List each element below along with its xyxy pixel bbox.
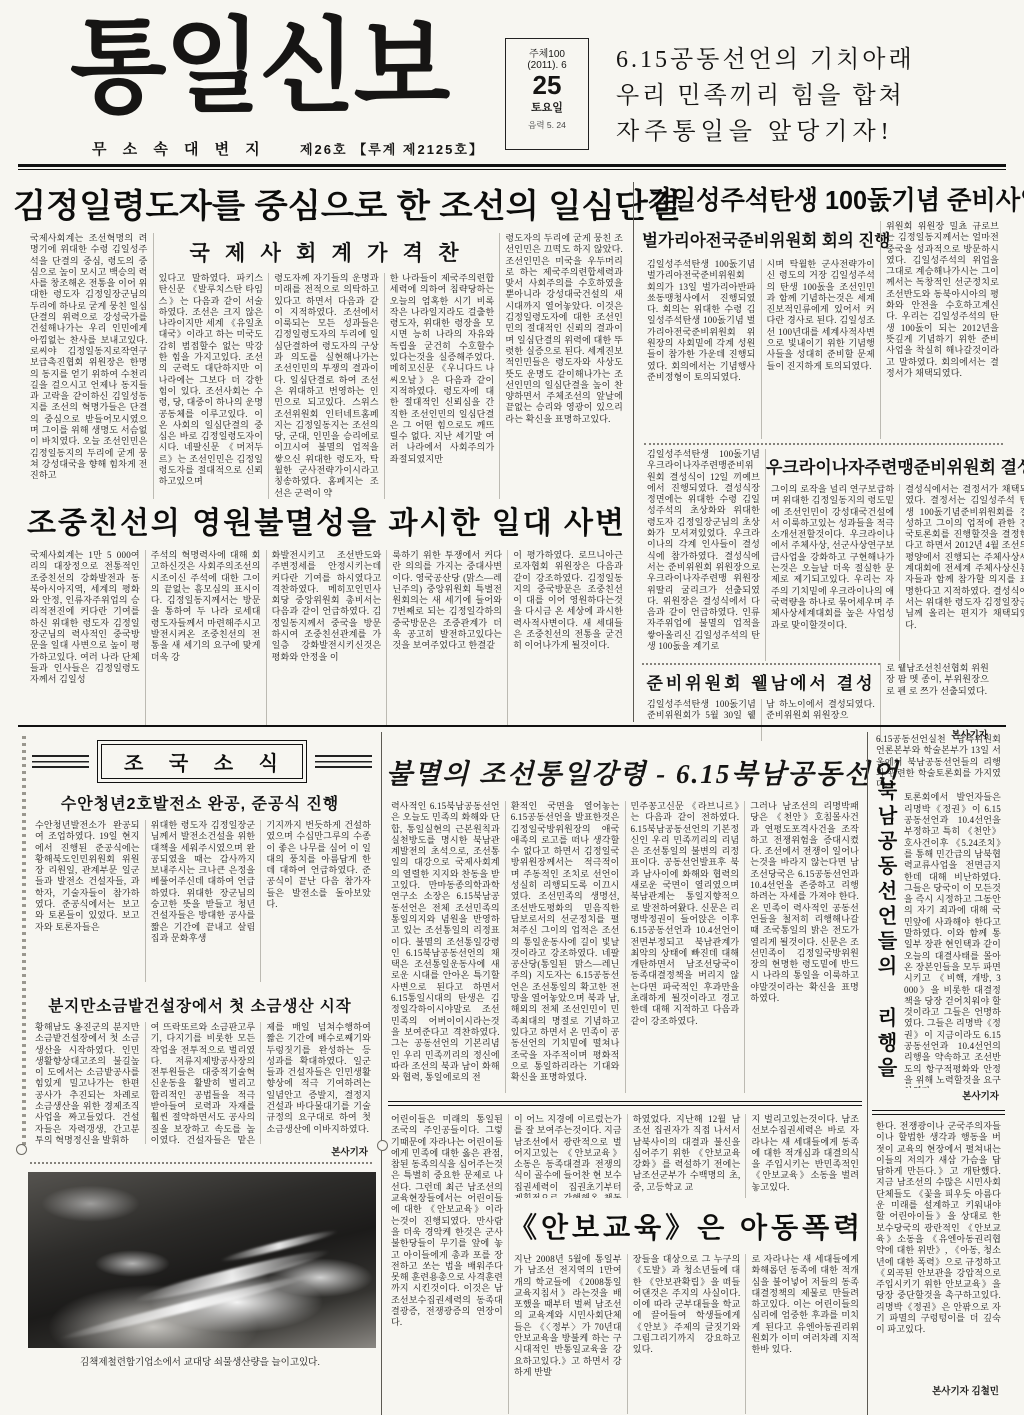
decorative-lines <box>315 755 372 768</box>
article-unity-col: 있다고 말하였다. 파키스탄신문 《발루치스탄 타임스》는 다음과 같이 서술하… <box>154 273 269 499</box>
article-declaration-headline: 불멸의 조선통일강령 - 6.15북남공동선언 <box>386 752 864 791</box>
article-unity-col: 한 나라들이 제국주의련합세력에 의하여 침략당하는 오늘의 엄혹한 시기 비록… <box>384 273 500 499</box>
article-education-col: 하였었다. 지난해 12월 남조선 집권자가 직접 나서서 남북사이의 대결과 … <box>627 1114 746 1198</box>
article-demand-headline: 북남공동선언들의 리행을 요구 <box>872 780 898 1092</box>
article-declaration-col: 민주꽁고신문 《라브니르》는 다음과 같이 전하였다. 6.15북남공동선언의 … <box>625 801 745 1093</box>
article-friendship-headline: 조중친선의 영원불멸성을 과시한 일대 사변 <box>25 498 628 542</box>
article-unity-subhead: 국 제 사 회 계 가 격 찬 <box>154 233 500 273</box>
decorative-border <box>22 736 26 1156</box>
slogan-line: 6.15공동선언의 기치아래 <box>616 42 1008 78</box>
article-education-col: 이 어느 지경에 이르렀는가를 잘 보여주는것이다. 지금 남조선에서 광란적으… <box>509 1114 627 1198</box>
local-art1-col: 위대한 령도자 김정일장군님께서 발전소건설을 위한 대책을 세워주시였으며 완… <box>145 820 261 982</box>
slogan-line: 우리 민족끼리 힘을 합쳐 <box>616 78 1008 114</box>
article-education-col: 지 벌리고있는것이다. 남조선보수집권세력은 바로 자라나는 새 세대들에게 동… <box>745 1114 864 1198</box>
article-declaration-col: 환적인 국면을 열어놓는 6.15공동선언을 발표한것은 김정일국방위원장의 애… <box>505 801 625 1093</box>
article-education-col: 지난 2008년 5월에 통일부가 남조선 전지역의 1만여개의 학교들에 《2… <box>509 1254 627 1414</box>
section-rule <box>18 725 1006 727</box>
article-education-col: 어린이들은 미래의 통일된 조국의 주인공들이다. 그렇기때문에 자라나는 어린… <box>386 1114 508 1414</box>
local-art1-col: 수안청년발전소가 완공되여 조업하였다. 19일 현지에서 진행된 준공식에는 … <box>30 820 145 982</box>
date-weekday: 토요일 <box>506 99 588 115</box>
local-art2-col: 여 뜨락또르와 소금판고루기, 다지기를 비롯한 모든 작업을 전투적으로 벌리… <box>145 1022 261 1144</box>
steel-mill-photo <box>28 1172 376 1348</box>
article-centenary-col: 시며 탁월한 군사전략가이신 령도의 거장 김일성주석의 탄생 100돐을 조선… <box>761 259 881 439</box>
masthead: 통일신보 무 소 속 대 변 지 제26호 【루계 제2125호】 주체100 … <box>0 0 1024 178</box>
column-rule <box>633 182 634 722</box>
article-centenary-col: 김일성주석탄생 100돐기념 우크라이나자주련맹준비위원회 결성식이 12일 끼… <box>642 449 765 661</box>
masthead-issue: 제26호 【루계 제2125호】 <box>300 139 484 158</box>
date-era: 주체100 <box>506 45 588 60</box>
photo-caption: 김책제철련합기업소에서 교대당 쇠물생산량을 늘이고있다. <box>22 1354 378 1368</box>
masthead-rule <box>18 164 1006 170</box>
article-education-col: 한다. 전쟁광이나 군국주의자들이나 할법한 생각과 행동을 버젓이 교육의 현… <box>872 1121 1005 1383</box>
byline: 본사기자 김철민 <box>872 1383 1005 1397</box>
article-declaration: 불멸의 조선통일강령 - 6.15북남공동선언 력사적인 6.15북남공동선언은… <box>386 732 864 1415</box>
byline: 본사기자 <box>22 1144 374 1158</box>
article-centenary-col: 결성식에서는 결정서가 채택되였다. 결정서는 김일성주석 탄생 100돐기념준… <box>899 484 1024 661</box>
double-rule <box>388 1101 862 1106</box>
article-education-headline: 《안보교육》은 아동폭력 <box>509 1198 864 1254</box>
dotted-divider <box>644 443 1003 445</box>
article-unity-col: 령도자의 두리에 굳게 뭉친 조선인민은 끄떡도 하지 않았다. 조선인민은 미… <box>499 233 628 499</box>
article-centenary-col: 김일성주석탄생 100돐기념 벌가리아전국준비위원회 회의가 13일 벌가리아반… <box>642 259 761 439</box>
registration-mark <box>16 1144 27 1155</box>
article-centenary-col: 로 윁남조선친선협회 위원장 팜 멧 종이, 부위원장으로 펜 로 쯔가 선출되… <box>881 663 994 727</box>
article-demand-body: 토론회에서 발언자들은 리명박《정권》이 6.15공동선언과 10.4선언을 부… <box>900 790 1005 1088</box>
column-rule <box>867 732 868 1415</box>
article-education: 어린이들은 미래의 통일된 조국의 주인공들이다. 그렇기때문에 자라나는 어린… <box>386 1114 864 1414</box>
article-education-col: 로 자라나는 새 세대들에게 화해롭던 동족에 대한 적개심을 불어넣어 저들의… <box>745 1254 864 1414</box>
date-day: 25 <box>506 71 588 99</box>
article-friendship-col: 주석의 혁명력사에 대해 회고하신것은 사회주의조선의 시조이신 주석에 대한 … <box>145 550 266 726</box>
newspaper-page: 통일신보 무 소 속 대 변 지 제26호 【루계 제2125호】 주체100 … <box>0 0 1024 1415</box>
article-education-col: 장들을 대상으로 그 누구의 《도발》과 청소년들에 대한 《안보관확립》을 떠… <box>627 1254 746 1414</box>
date-box: 주체100 (2011). 6 25 토요일 음력 5. 24 <box>505 38 589 150</box>
masthead-subtitle: 무 소 속 대 변 지 <box>92 138 266 159</box>
local-art1-col: 기지까지 번듯하게 건설하였으며 수십만그루의 수종이 좋은 나무를 심어 이 … <box>260 820 376 982</box>
decorative-lines <box>32 755 89 768</box>
slogan-line: 자주통일을 앞당기자! <box>616 114 1008 150</box>
dotted-divider <box>30 1162 372 1164</box>
subhead-bulgaria: 벌가리아전국준비위원회 회의 진행 <box>642 221 880 259</box>
subhead-ukraine: 우크라이나자주련맹준비위원회 결성 <box>766 449 1024 484</box>
article-unity-headline: 김정일령도자를 중심으로 한 조선의 일심단결 <box>13 180 640 227</box>
masthead-title: 통일신보 <box>70 10 500 125</box>
subhead-powerplant: 수안청년2호발전소 완공, 준공식 진행 <box>22 791 378 814</box>
article-demand: 6.15공동선언실천 남측위원회 언론본부와 학술본부가 13일 서울에서 북남… <box>872 732 1005 1415</box>
article-centenary-col: 그이의 로작을 널리 연구보급하며 위대한 김정일동지의 령도밑에 조선인민이 … <box>766 484 899 661</box>
date-lunar: 음력 5. 24 <box>506 119 588 131</box>
article-friendship-col: 룩하기 위한 투쟁에서 커다란 의의를 가지는 중대사변이다. 영국공산당 (맑… <box>386 550 507 726</box>
article-centenary: 김일성주석탄생 100돐기념 준비사업 추진 벌가리아전국준비위원회 회의 진행… <box>642 180 1005 723</box>
local-news-section: 조 국 소 식 수안청년2호발전소 완공, 준공식 진행 수안청년발전소가 완공… <box>22 732 378 1415</box>
subhead-vietnam: 준비위원회 윁남에서 결성 <box>642 665 880 699</box>
article-unity-col: 령도자께 자기들의 운명과 미래를 전적으로 의탁하고 있다고 하면서 다음과 … <box>268 273 384 499</box>
local-art2-col: 황해남도 옹진군의 분지만소금밭건설장에서 첫 소금생산을 시작하였다. 인민생… <box>30 1022 145 1144</box>
column-rule <box>381 732 382 1415</box>
subhead-saltfield: 분지만소금밭건설장에서 첫 소금생산 시작 <box>22 994 378 1016</box>
article-centenary-col: 위원회 위원장 밀쵸 규로브는 김정일동지께서는 얼마전 중국을 성과적으로 방… <box>880 221 1004 439</box>
article-declaration-col: 력사적인 6.15북남공동선언은 오늘도 민족의 화해와 단합, 통일실현의 근… <box>386 801 505 1093</box>
local-art2-col: 제를 매일 넘쳐수행하여 짧은 기간에 배수로째기와 두렁짓기를 완성하는 등 … <box>260 1022 376 1144</box>
article-friendship-col: 화발전시키고 조선반도와 주변정세를 안정시키는데 커다란 기여를 하시였다고 … <box>266 550 387 726</box>
double-rule <box>872 1110 1005 1115</box>
article-centenary-headline: 김일성주석탄생 100돐기념 준비사업 추진 <box>647 180 999 217</box>
local-news-header: 조 국 소 식 <box>101 744 303 779</box>
article-unity-col: 국제사회계는 조선혁명의 려명기에 위대한 수령 김일성주석을 단결의 중심, … <box>25 233 153 499</box>
local-news-header-box: 조 국 소 식 <box>97 740 307 783</box>
masthead-slogan: 6.15공동선언의 기치아래 우리 민족끼리 힘을 합쳐 자주통일을 앞당기자! <box>616 42 1008 150</box>
article-friendship-col: 이 평가하였다. 로므니아근로자협회 위원장은 다음과 같이 강조하였다. 김정… <box>507 550 628 726</box>
byline: 본사기자 <box>900 1088 1005 1102</box>
article-declaration-col: 그러나 남조선의 리명박패당은 《천안》호침몰사건과 연평도포격사건을 조작하고… <box>744 801 864 1093</box>
article-friendship: 조중친선의 영원불멸성을 과시한 일대 사변 국제사회계는 1만 5 000여리… <box>25 498 628 722</box>
article-unity: 김정일령도자를 중심으로 한 조선의 일심단결 국제사회계는 조선혁명의 려명기… <box>25 180 628 494</box>
article-friendship-col: 국제사회계는 1만 5 000여리의 대장정으로 전통적인 조중친선의 강화발전… <box>25 550 145 726</box>
